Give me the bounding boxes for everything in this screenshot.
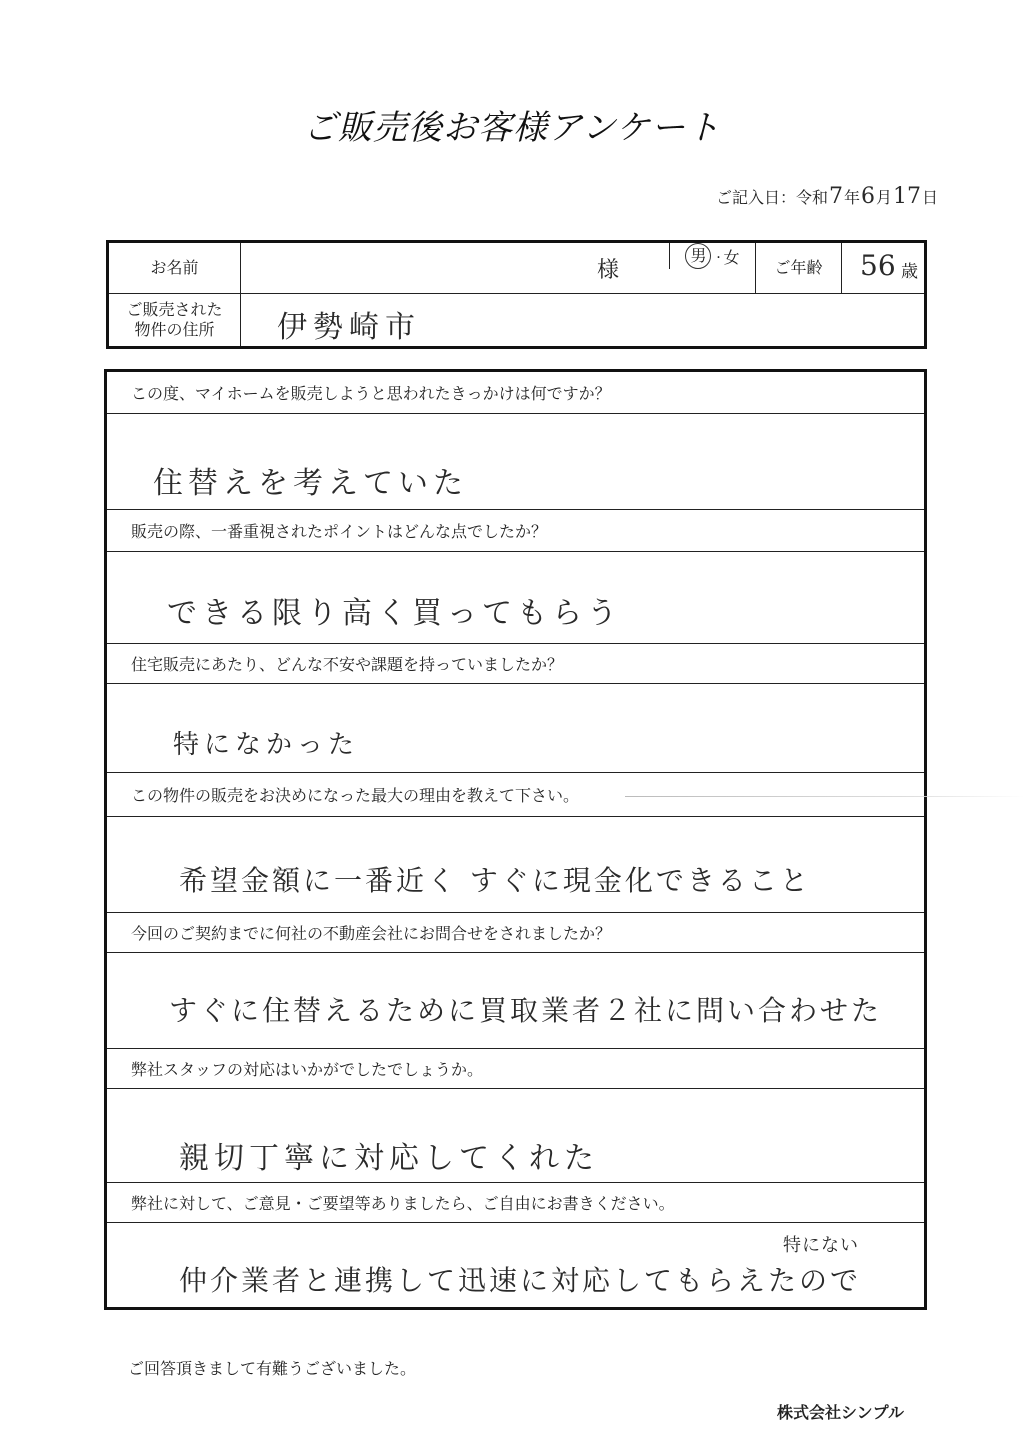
entry-date-label: ご記入日：令和 [716,185,828,208]
age-field[interactable]: 56 歳 [841,243,924,293]
entry-year-unit: 年 [844,185,860,208]
question-3: 住宅販売にあたり、どんな不安や課題を持っていましたか？ [107,644,924,684]
age-label: ご年齢 [755,243,841,293]
document-title: ご販売後お客様アンケート [0,100,1024,149]
entry-month-unit: 月 [876,185,892,208]
entry-day[interactable]: 17 [893,184,921,209]
entry-month[interactable]: 6 [861,184,875,209]
answer-7: 仲介業者と連携して迅速に対応してもらえたので [179,1259,861,1299]
thanks-message: ご回答頂きまして有難うございました。 [128,1356,416,1379]
gender-female[interactable]: 女 [723,245,739,268]
address-row: ご販売された 物件の住所 伊勢崎市 [109,294,924,346]
customer-info-table: お名前 様 男 ・ 女 ご年齢 56 歳 ご販売された 物件の住所 伊勢崎市 [106,240,927,349]
answer-1: 住替えを考えていた [153,458,468,502]
answer-7-note: 特にない [783,1231,859,1257]
answer-6-field[interactable]: 親切丁寧に対応してくれた [107,1089,924,1183]
name-field[interactable]: 様 [240,243,669,293]
name-row: お名前 様 男 ・ 女 ご年齢 56 歳 [109,243,924,294]
question-4: この物件の販売をお決めになった最大の理由を教えて下さい。 [107,773,924,817]
question-5: 今回のご契約までに何社の不動産会社にお問合せをされましたか？ [107,913,924,953]
question-1: この度、マイホームを販売しようと思われたきっかけは何ですか？ [107,372,924,414]
scan-artifact-line [625,796,1024,797]
honorific-label: 様 [597,253,619,284]
answer-2-field[interactable]: できる限り高く買ってもらう [107,552,924,644]
address-label-line2: 物件の住所 [134,320,214,340]
answer-3: 特になかった [173,724,359,761]
age-unit: 歳 [901,257,918,282]
answer-2: できる限り高く買ってもらう [167,588,622,632]
survey-questions-table: この度、マイホームを販売しようと思われたきっかけは何ですか？ 住替えを考えていた… [104,369,927,1310]
answer-4-field[interactable]: 希望金額に一番近く すぐに現金化できること [107,817,924,913]
address-label: ご販売された 物件の住所 [109,294,240,346]
address-value: 伊勢崎市 [277,302,421,346]
entry-day-unit: 日 [922,185,938,208]
gender-male-circled[interactable]: 男 [685,243,711,269]
entry-date: ご記入日：令和 7 年 6 月 17 日 [716,184,938,209]
address-field[interactable]: 伊勢崎市 [240,294,924,346]
gender-separator: ・ [713,249,723,264]
answer-3-field[interactable]: 特になかった [107,684,924,773]
entry-year[interactable]: 7 [829,184,843,209]
question-7: 弊社に対して、ご意見・ご要望等ありましたら、ご自由にお書きください。 [107,1183,924,1223]
answer-7-field[interactable]: 特にない 仲介業者と連携して迅速に対応してもらえたので [107,1223,924,1307]
answer-5-field[interactable]: すぐに住替えるために買取業者２社に問い合わせた [107,953,924,1049]
company-name: 株式会社シンプル [777,1400,904,1423]
answer-6: 親切丁寧に対応してくれた [179,1133,599,1177]
address-label-line1: ご販売された [126,300,222,320]
answer-1-field[interactable]: 住替えを考えていた [107,414,924,510]
name-label: お名前 [109,243,240,293]
answer-4: 希望金額に一番近く すぐに現金化できること [179,859,811,899]
answer-5: すぐに住替えるために買取業者２社に問い合わせた [169,989,882,1029]
question-2: 販売の際、一番重視されたポイントはどんな点でしたか？ [107,510,924,552]
age-value: 56 [860,249,896,282]
question-6: 弊社スタッフの対応はいかがでしたでしょうか。 [107,1049,924,1089]
gender-field[interactable]: 男 ・ 女 [669,243,755,269]
